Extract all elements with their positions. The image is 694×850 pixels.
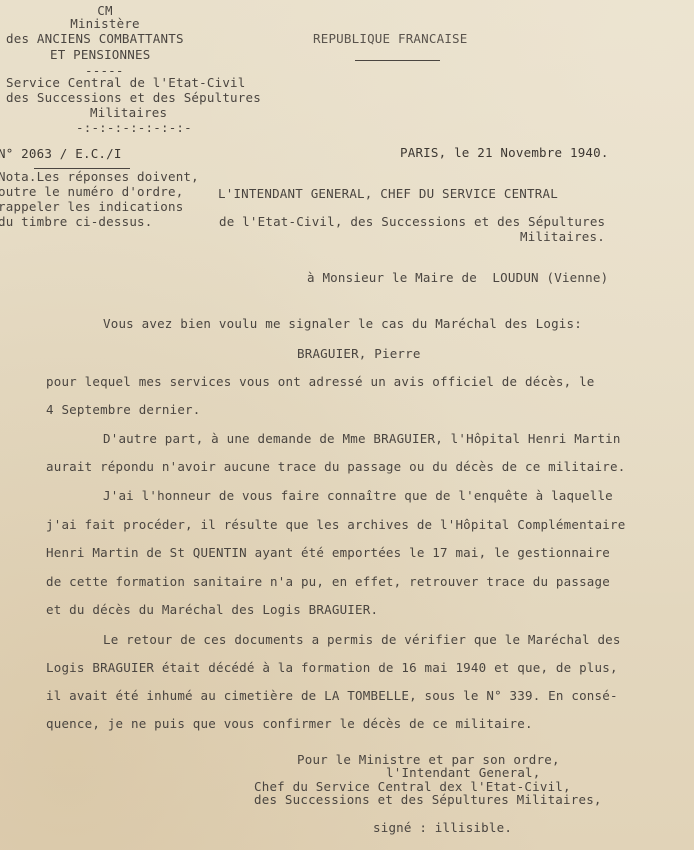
- ministry-line2: des ANCIENS COMBATTANTS: [6, 33, 184, 46]
- body-p2-line1: D'autre part, à une demande de Mme BRAGU…: [103, 433, 621, 446]
- body-p1-line2: pour lequel mes services vous ont adress…: [46, 376, 595, 389]
- signature-signed: signé : illisible.: [373, 822, 512, 835]
- body-p3-line4: de cette formation sanitaire n'a pu, en …: [46, 576, 610, 589]
- body-p4-line1: Le retour de ces documents a permis de v…: [103, 634, 621, 647]
- body-p4-line2: Logis BRAGUIER était décédé à la formati…: [46, 662, 618, 675]
- republic-underline: [355, 60, 440, 61]
- sender-line3: Militaires.: [520, 231, 605, 244]
- body-p3-line5: et du décès du Maréchal des Logis BRAGUI…: [46, 604, 378, 617]
- place-date: PARIS, le 21 Novembre 1940.: [400, 147, 609, 160]
- body-p4-line3: il avait été inhumé au cimetière de LA T…: [46, 690, 618, 703]
- body-p1-line3: 4 Septembre dernier.: [46, 404, 201, 417]
- body-p2-line2: aurait répondu n'avoir aucune trace du p…: [46, 461, 625, 474]
- body-p4-line4: quence, je ne puis que vous confirmer le…: [46, 718, 533, 731]
- reference-number: N° 2063 / E.C./I: [0, 148, 122, 161]
- soldier-name: BRAGUIER, Pierre: [297, 348, 421, 361]
- signature-line4: des Successions et des Sépultures Milita…: [254, 794, 602, 807]
- recipient: à Monsieur le Maire de LOUDUN (Vienne): [307, 272, 608, 285]
- note-line2: outre le numéro d'ordre,: [0, 186, 183, 199]
- service-line3: Militaires: [90, 107, 167, 120]
- body-p3-line3: Henri Martin de St QUENTIN ayant été emp…: [46, 547, 610, 560]
- ministry-line1: Ministère: [0, 18, 210, 31]
- service-line1: Service Central de l'Etat-Civil: [6, 77, 246, 90]
- body-p1-line1: Vous avez bien voulu me signaler le cas …: [103, 318, 582, 331]
- ministry-line3: ET PENSIONNES: [50, 49, 150, 62]
- body-p3-line1: J'ai l'honneur de vous faire connaître q…: [103, 490, 613, 503]
- sender-line1: L'INTENDANT GENERAL, CHEF DU SERVICE CEN…: [218, 188, 558, 201]
- body-p3-line2: j'ai fait procéder, il résulte que les a…: [46, 519, 625, 532]
- ornament-line: -:-:-:-:-:-:-:-: [76, 122, 192, 135]
- note-line4: du timbre ci-dessus.: [0, 216, 153, 229]
- republic-heading: REPUBLIQUE FRANCAISE: [313, 33, 468, 46]
- note-line3: rappeler les indications: [0, 201, 183, 214]
- sender-line2: de l'Etat-Civil, des Successions et des …: [219, 216, 605, 229]
- service-line2: des Successions et des Sépultures: [6, 92, 261, 105]
- signature-line2: l'Intendant General,: [386, 767, 541, 780]
- note-line1: Nota.Les réponses doivent,: [0, 171, 199, 184]
